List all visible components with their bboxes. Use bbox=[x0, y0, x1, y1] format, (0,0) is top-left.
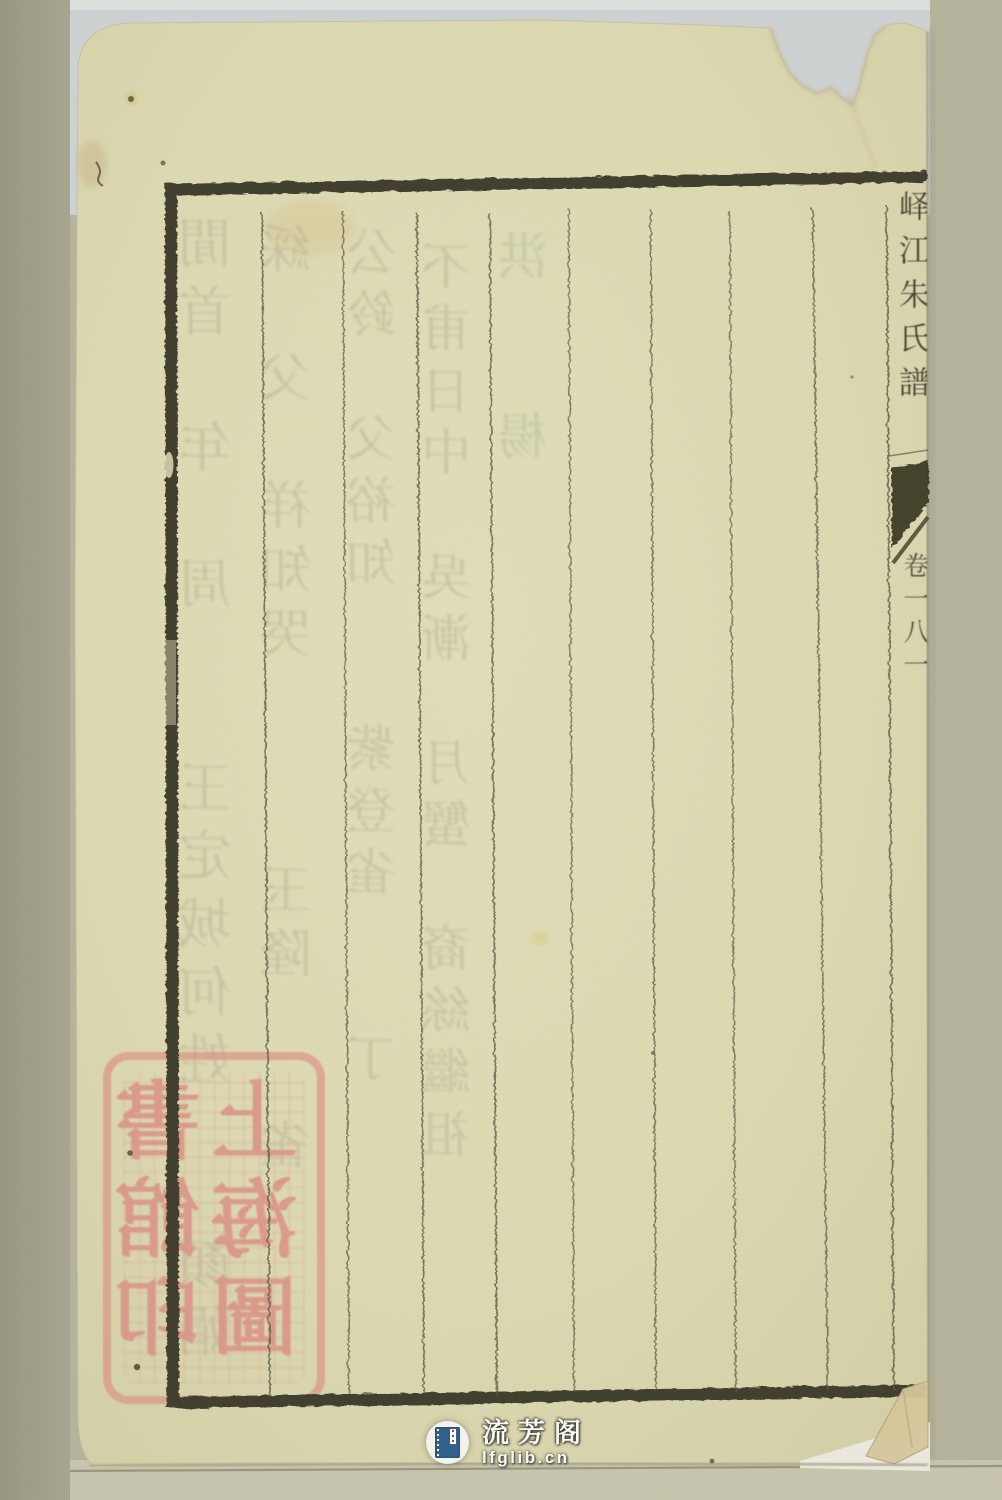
watermark-circle bbox=[426, 1421, 469, 1464]
watermark-site-url: lfglib.cn bbox=[482, 1448, 590, 1467]
watermark: 流芳阁 lfglib.cn bbox=[426, 1418, 590, 1467]
spine-volume-page: 卷一八一 bbox=[891, 552, 927, 712]
frame-overlay-art bbox=[0, 0, 1002, 1500]
watermark-site-name: 流芳阁 bbox=[482, 1418, 590, 1448]
book-icon bbox=[435, 1427, 460, 1458]
scan-grain bbox=[0, 0, 1002, 1500]
watermark-text: 流芳阁 lfglib.cn bbox=[482, 1418, 590, 1467]
book-scan-page: 閒首 年 周 王定城何姓 顏娟 綵 父 祥知哭 玉隆 雀 公鈴 父裕知 紫登雀 … bbox=[0, 0, 1002, 1500]
spine-title: 峄江朱氏譜 bbox=[889, 190, 927, 470]
